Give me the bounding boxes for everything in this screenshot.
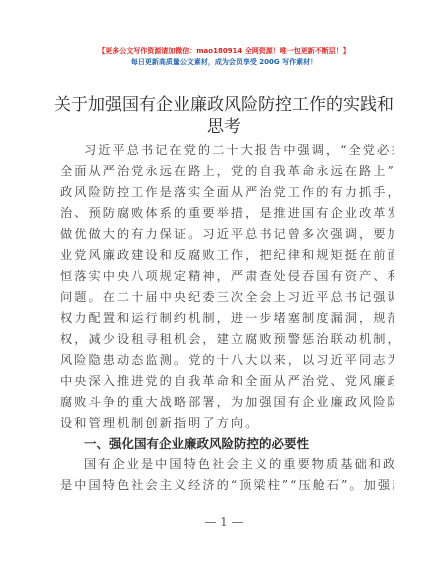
paragraph-line: 国有企业是中国特色社会主义的重要物质基础和政治基础， xyxy=(84,454,394,475)
paragraph-line: 风险隐患动态监测。党的十八大以来，以习近平同志为核心的党 xyxy=(60,350,394,371)
paragraph-line: 权力配置和运行制约机制，进一步堵塞制度漏洞，规范自由裁量 xyxy=(60,308,394,329)
document-title-line2: 思考 xyxy=(40,116,408,138)
section-heading: 一、强化国有企业廉政风险防控的必要性 xyxy=(84,433,309,454)
paragraph-line: 设和管理机制创新指明了方向。 xyxy=(60,413,394,434)
promo-banner-line2: 每日更新高质量公文素材，成为会员享受 200G 写作素材！ xyxy=(0,57,448,67)
paragraph-line: 做优做大的有力保证。习近平总书记曾多次强调，要加强国有企 xyxy=(60,224,394,245)
paragraph-line: 恒落实中央八项规定精神，严肃查处侵吞国有资产、利益输送等 xyxy=(60,266,394,287)
paragraph-line: 习近平总书记在党的二十大报告中强调，“全党必须牢记， xyxy=(84,140,394,161)
paragraph-line: 腐败斗争的重大战略部署，为加强国有企业廉政风险防控体系建 xyxy=(60,392,394,413)
paragraph-line: 政风险防控工作是落实全面从严治党工作的有力抓手，是构建惩 xyxy=(60,182,394,203)
page-number: — 1 — xyxy=(0,512,448,532)
paragraph-line: 是中国特色社会主义经济的“顶梁柱”“压舱石”。加强新时代 xyxy=(60,475,394,496)
promo-banner-line1: 【更多公文写作资源请加微信：mao180914 全网资源！唯一包更新不断层！】 xyxy=(0,46,448,56)
paragraph-line: 权，减少设租寻租机会，建立腐败预警惩治联动机制，加强廉洁 xyxy=(60,329,394,350)
paragraph-line: 中央深入推进党的自我革命和全面从严治党、党风廉政建设和反 xyxy=(60,371,394,392)
document-title-line1: 关于加强国有企业廉政风险防控工作的实践和 xyxy=(40,94,408,116)
paragraph-line: 问题。在二十届中央纪委三次全会上习近平总书记强调：要完善 xyxy=(60,287,394,308)
paragraph-line: 治、预防腐败体系的重要举措，是推进国有企业改革发展、做强 xyxy=(60,203,394,224)
paragraph-line: 业党风廉政建设和反腐败工作，把纪律和规矩挺在前面，持之以 xyxy=(60,245,394,266)
paragraph-line: 全面从严治党永远在路上，党的自我革命永远在路上”。深化廉 xyxy=(60,161,394,182)
document-page: 【更多公文写作资源请加微信：mao180914 全网资源！唯一包更新不断层！】 … xyxy=(0,0,448,580)
